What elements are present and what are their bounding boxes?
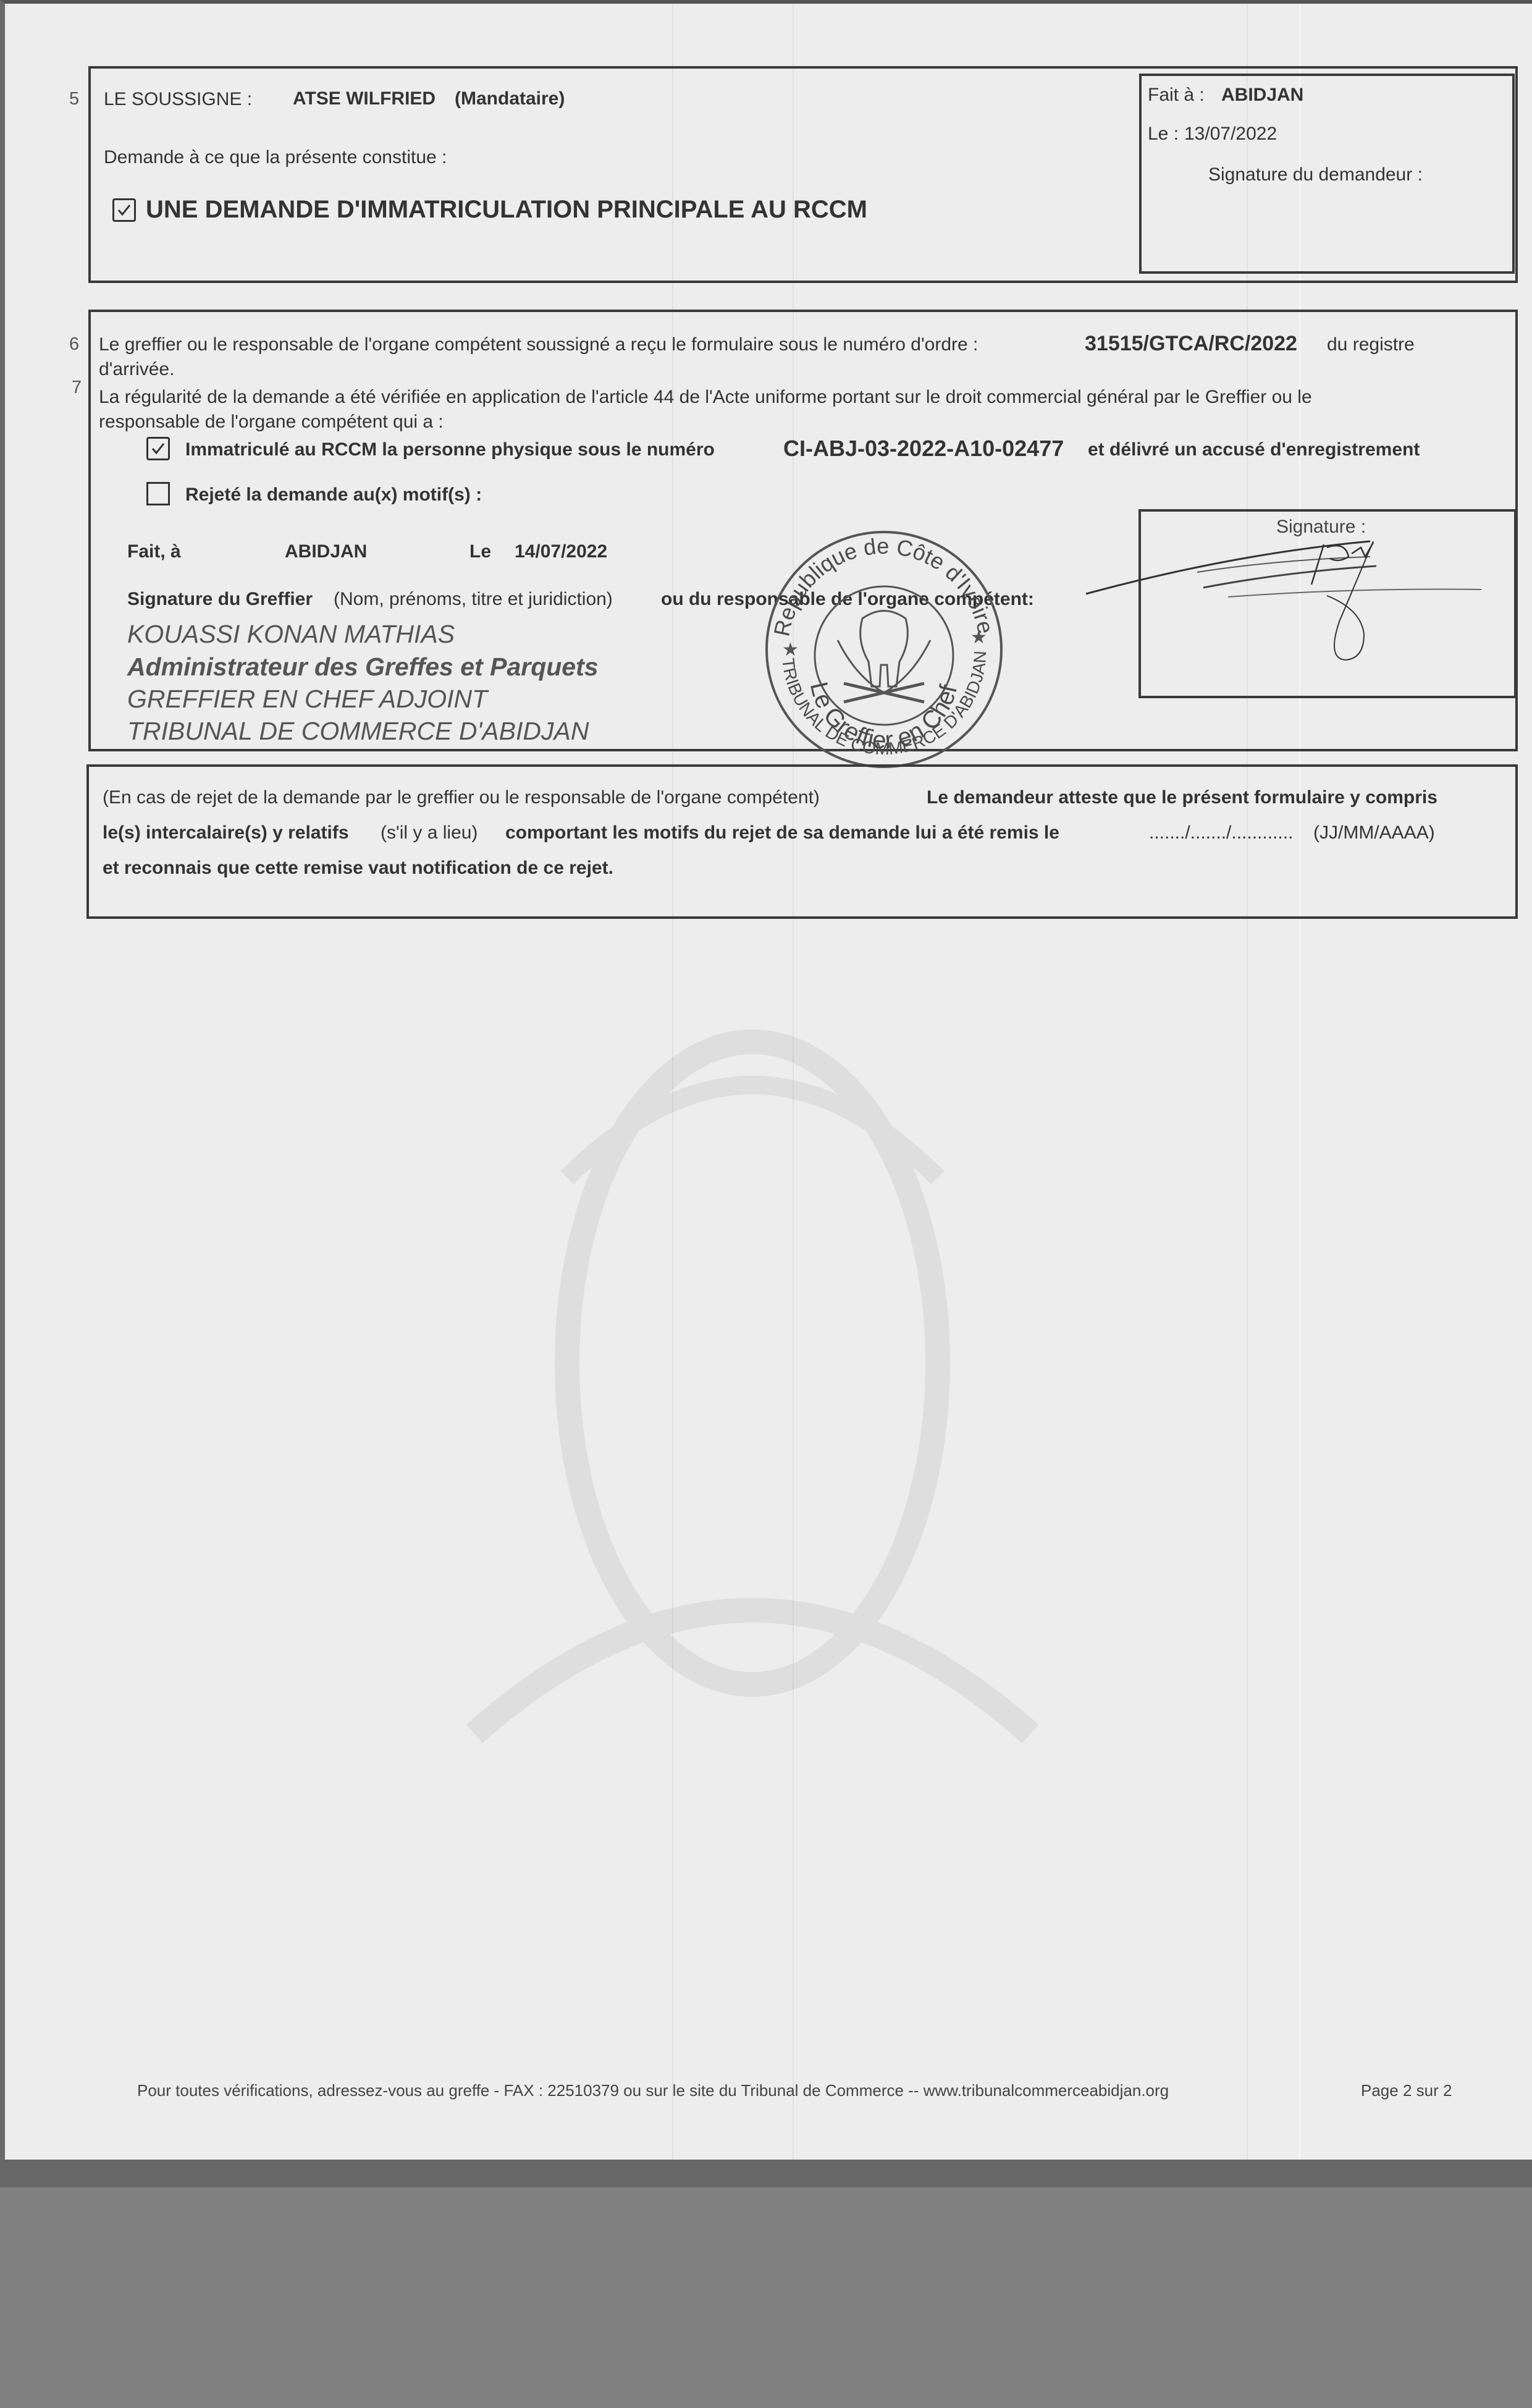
soussigne-role: (Mandataire) [455,88,565,109]
greffier-title: Administrateur des Greffes et Parquets [127,653,599,682]
rccm-number: CI-ABJ-03-2022-A10-02477 [783,436,1064,462]
rejete-label: Rejeté la demande au(x) motif(s) : [185,484,482,505]
section7-text-line1: La régularité de la demande a été vérifi… [99,387,1312,408]
le-greffier-value: 14/07/2022 [515,541,607,562]
soussigne-label: LE SOUSSIGNE : [104,89,252,110]
rejection-line2-paren: (s'il y a lieu) [381,822,478,843]
greffier-name: KOUASSI KONAN MATHIAS [127,620,455,649]
rejection-line3-bold: et reconnais que cette remise vaut notif… [103,858,613,879]
checkmark-icon [116,202,132,218]
svg-text:Le Greffier en Chef: Le Greffier en Chef [805,679,963,754]
rejection-line1-bold: Le demandeur atteste que le présent form… [927,787,1437,808]
section6-text-prefix: Le greffier ou le responsable de l'organ… [99,334,978,355]
fait-a-greffier-label: Fait, à [127,541,181,562]
fait-a-label: Fait à : [1148,85,1205,106]
greffier-jurisdiction: TRIBUNAL DE COMMERCE D'ABIDJAN [127,717,589,746]
le-value: 13/07/2022 [1184,124,1277,145]
ordre-number: 31515/GTCA/RC/2022 [1085,332,1297,356]
signature-greffier-paren: (Nom, prénoms, titre et juridiction) [334,589,613,610]
fait-a-greffier-value: ABIDJAN [285,541,367,562]
page-number: Page 2 sur 2 [1361,2081,1452,2100]
checkmark-icon [150,441,166,457]
line-number-6: 6 [69,334,79,355]
rejection-line2-bold1: le(s) intercalaire(s) y relatifs [103,822,349,843]
line-number-5: 5 [69,89,79,109]
immatricule-label-suffix: et délivré un accusé d'enregistrement [1088,439,1420,460]
fait-a-value: ABIDJAN [1221,85,1303,106]
le-greffier-label: Le [469,541,491,562]
demande-type-checkbox[interactable] [112,198,136,222]
watermark-emblem-icon [351,931,1154,2043]
applicant-signature-label: Signature du demandeur : [1208,164,1423,185]
greffier-position: GREFFIER EN CHEF ADJOINT [127,685,487,714]
rejete-checkbox[interactable] [146,482,170,505]
document-page: 5 LE SOUSSIGNE : ATSE WILFRIED (Mandatai… [0,0,1532,2160]
official-stamp-icon: Republique de Côte d'Ivoire TRIBUNAL DE … [751,517,1017,770]
soussigne-name: ATSE WILFRIED [293,88,436,109]
stamp-star-icon: ★ [970,627,987,648]
section6-text-line2: d'arrivée. [99,359,174,380]
demande-intro: Demande à ce que la présente constitue : [104,147,447,168]
rejection-date-format: (JJ/MM/AAAA) [1313,822,1435,843]
stamp-star-icon: ★ [782,640,799,660]
le-label: Le : [1148,124,1179,145]
rejection-date-field[interactable]: ......./......./............ [1149,822,1293,843]
immatricule-checkbox[interactable] [146,437,170,460]
line-number-7: 7 [72,378,82,398]
demande-type-label: UNE DEMANDE D'IMMATRICULATION PRINCIPALE… [146,196,867,224]
scanner-edge-band [0,2160,1532,2187]
section7-text-line2: responsable de l'organe compétent qui a … [99,412,444,433]
rejection-line1-paren: (En cas de rejet de la demande par le gr… [103,787,820,808]
rejection-line2-bold2: comportant les motifs du rejet de sa dem… [505,822,1059,843]
section6-text-suffix: du registre [1327,334,1415,355]
signature-greffier-bold: Signature du Greffier [127,589,313,610]
stamp-inner-text: Le Greffier en Chef [805,679,963,754]
immatricule-label-prefix: Immatriculé au RCCM la personne physique… [185,439,715,460]
footer-text: Pour toutes vérifications, adressez-vous… [137,2081,1169,2100]
handwritten-signature-icon [1080,529,1525,665]
